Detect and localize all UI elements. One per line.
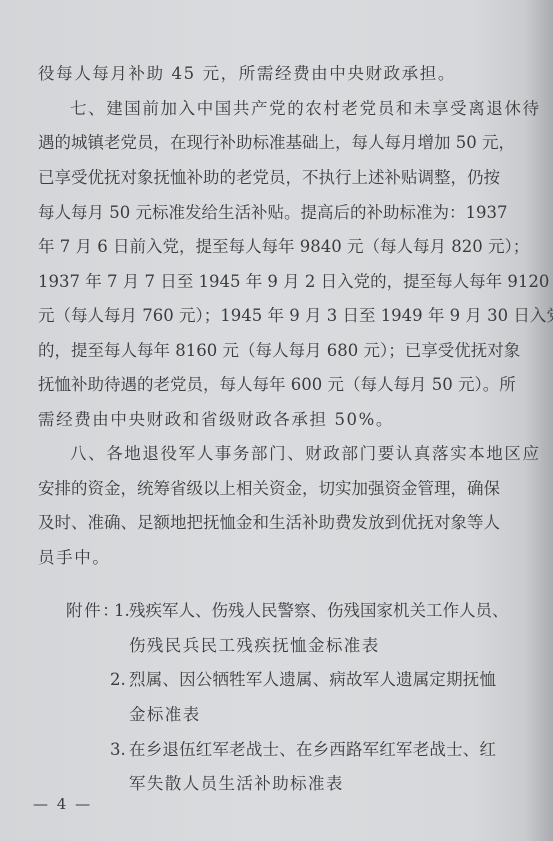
text-line: 已享受优抚对象抚恤补助的老党员，不执行上述补贴调整，仍按: [38, 168, 496, 188]
attachment-number: 3.: [110, 740, 126, 760]
text-line: 安排的资金，统筹省级以上相关资金，切实加强资金管理，确保: [38, 479, 496, 499]
text-line: 抚恤补助待遇的老党员，每人每年 600 元（每人每月 50 元）。所: [38, 375, 496, 395]
attachment-title-line: 在乡退伍红军老战士、在乡西路军红军老战士、红: [129, 740, 496, 760]
text-line: 元（每人每月 760 元）；1945 年 9 月 3 日至 1949 年 9 月…: [38, 306, 496, 326]
attachment-title-line: 残疾军人、伤残人民警察、伤残国家机关工作人员、: [129, 601, 496, 621]
attachments-label: 附件：: [66, 601, 120, 621]
text-line: 每人每月 50 元标准发给生活补贴。提高后的补助标准为：1937: [38, 203, 496, 223]
text-line: 的，提至每人每年 8160 元（每人每月 680 元）；已享受优抚对象: [38, 341, 496, 361]
attachment-title-line: 烈属、因公牺牲军人遗属、病故军人遗属定期抚恤: [129, 670, 496, 690]
text-line: 遇的城镇老党员，在现行补助标准基础上，每人每月增加 50 元，: [38, 133, 496, 153]
text-line: 役每人每月补助 45 元，所需经费由中央财政承担。: [38, 64, 456, 84]
text-line: 1937 年 7 月 7 日至 1945 年 9 月 2 日入党的，提至每人每年…: [38, 272, 496, 292]
section-eight-heading-line: 八、各地退役军人事务部门、财政部门要认真落实本地区应: [70, 444, 541, 464]
attachment-title-line: 伤残民兵民工残疾抚恤金标准表: [129, 636, 380, 656]
text-line: 员手中。: [38, 548, 110, 568]
text-line: 年 7 月 6 日前入党，提至每人每年 9840 元（每人每月 820 元）；: [38, 237, 496, 257]
attachment-number: 2.: [110, 670, 126, 690]
attachment-title-line: 军失散人员生活补助标准表: [129, 774, 344, 794]
text-line: 需经费由中央财政和省级财政各承担 50%。: [38, 410, 394, 430]
section-seven-heading-line: 七、建国前加入中国共产党的农村老党员和未享受离退休待: [70, 99, 541, 119]
attachment-number: 1.: [114, 601, 130, 621]
text-line: 及时、准确、足额地把抚恤金和生活补助费发放到优抚对象等人: [38, 513, 496, 533]
attachment-title-line: 金标准表: [129, 705, 201, 725]
page-number: — 4 —: [33, 795, 92, 813]
